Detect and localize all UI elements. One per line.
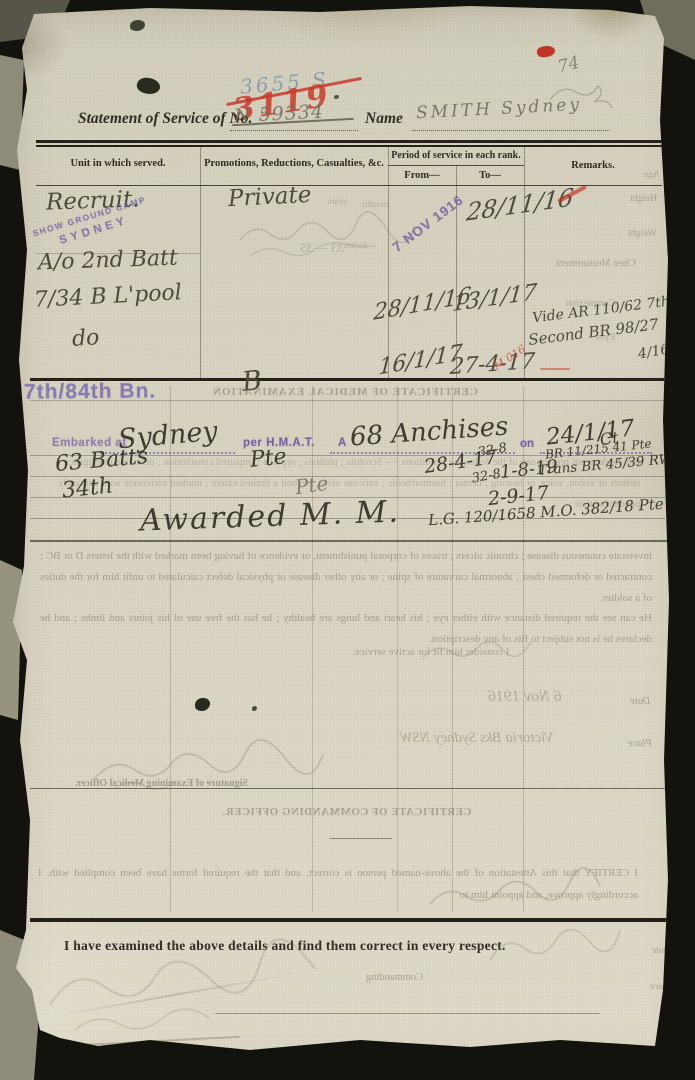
table-vline: [388, 146, 389, 378]
bleed-date-label-2: Date: [652, 946, 670, 957]
posting-rank-pte-2: Pte: [294, 472, 330, 499]
bleed-complexion-label: Complexion: [566, 298, 615, 310]
bleed-height-label: Height: [630, 193, 657, 205]
table-vline: [200, 146, 201, 378]
bleed-conditions-b: inveterate cutaneous disease ; chronic u…: [40, 546, 652, 609]
entry-ditto: do: [71, 325, 100, 352]
bleed-place-label: Place: [628, 738, 652, 750]
ink-blot: [130, 20, 145, 31]
bleed-co-title-rule: [330, 838, 392, 839]
ink-blot: [135, 75, 162, 97]
bleed-medical-title: CERTIFICATE OF MEDICAL EXAMINATION: [212, 386, 478, 399]
faint-handwriting-mark: [235, 212, 425, 262]
bleed-months-label: months: [362, 199, 389, 209]
bleed-age-label: Age: [644, 170, 660, 181]
ink-blot: [195, 698, 210, 711]
bleed-weight-label: Weight: [628, 228, 657, 240]
red-faint-line: [540, 368, 570, 370]
scanned-document: 3655 S 3119 74 Statement of Service of N…: [0, 0, 695, 1080]
faint-handwriting-mark: [420, 872, 610, 917]
col-period-header: Period of service in each rank.: [388, 150, 524, 162]
statement-of-service-label: Statement of Service of No.: [78, 110, 252, 128]
name-label: Name: [365, 110, 403, 128]
col-promotions-header: Promotions, Reductions, Casualties, &c.: [200, 158, 388, 170]
faint-section-line: [30, 400, 668, 401]
header-rule-bottom: [36, 145, 662, 147]
attestation-page: 3655 S 3119 74 Statement of Service of N…: [0, 0, 695, 1080]
faint-handwriting-mark: [415, 634, 545, 668]
signature-line: [215, 1013, 600, 1014]
posting-unit-34: 34th: [61, 473, 114, 503]
bleed-chest-label: Chest Measurement: [556, 258, 636, 270]
bleed-date-value: 6 Nov 1916: [488, 688, 562, 706]
remarks-note-3: 4/16: [637, 341, 671, 362]
col-from-header: From—: [388, 170, 456, 182]
red-mark: [536, 44, 556, 59]
header-rule-top: [36, 140, 662, 143]
award-mm: Awarded M. M.: [139, 495, 400, 539]
table-vline: [524, 146, 525, 378]
entry-unit-2nd-batt: A/o 2nd Batt: [38, 246, 179, 276]
bleed-place-value: Victoria Bks Sydney NSW: [400, 730, 553, 747]
entry-to-date-1: 28/11/16: [465, 184, 575, 227]
ink-dot: [252, 706, 257, 711]
col-remarks-header: Remarks.: [524, 160, 662, 172]
bleed-eyes-label: Eyes: [596, 332, 615, 344]
bleed-commanding-label: Commanding: [366, 972, 423, 984]
faint-handwriting-mark: [480, 920, 640, 980]
col-to-header: To—: [456, 170, 524, 182]
bleed-place-label-2: Place: [650, 982, 672, 993]
bleed-sight-para: He can see the required distance with ei…: [40, 608, 652, 650]
medium-rule: [30, 540, 668, 542]
entry-rank-private: Private: [227, 182, 312, 213]
entry-unit-liverpool: 7/34 B L'pool: [33, 280, 182, 313]
section-rule: [30, 788, 668, 789]
pencil-dot: [334, 95, 339, 99]
bleed-co-title: CERTIFICATE OF COMMANDING OFFICER.: [222, 806, 471, 819]
bleed-years-label: years: [328, 196, 347, 206]
on-stamp: on: [520, 438, 534, 451]
posting-rank-pte: Pte: [249, 444, 288, 473]
col-unit-header: Unit in which served.: [36, 158, 200, 170]
bleed-date-label: Date: [630, 696, 650, 708]
